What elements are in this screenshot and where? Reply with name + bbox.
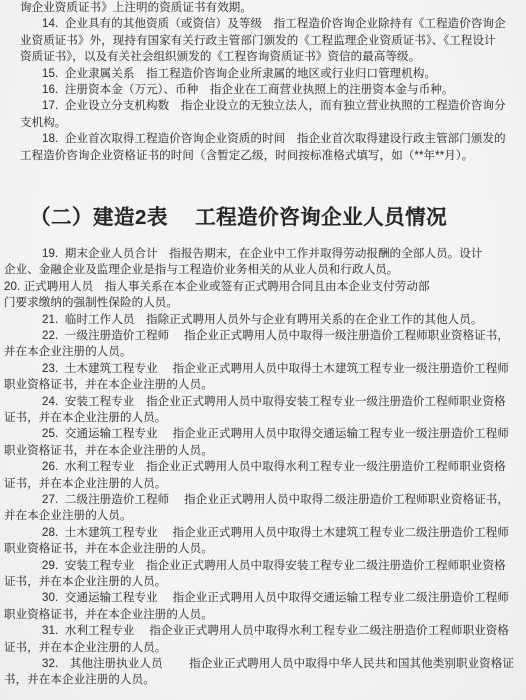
text-line: 19. 期末企业人员合计 指报告期末，在企业中工作并取得劳动报酬的全部人员。设计 (42, 248, 482, 261)
text-line: 并在本企业注册的人员。 (4, 510, 132, 523)
text-line: 证书，并在本企业注册的人员。 (4, 576, 166, 589)
text-line: 证书，并在本企业注册的人员。 (4, 412, 166, 425)
text-line: 30. 交通运输工程专业 指企业正式聘用人员中取得交通运输工程专业二级注册造价工… (42, 592, 509, 605)
text-line: 25. 交通运输工程专业 指企业正式聘用人员中取得交通运输工程专业一级注册造价工… (42, 428, 509, 441)
document-page: 询企业资质证书》上注明的资质证书有效期。14. 企业具有的其他资质（或资信）及等… (0, 0, 526, 700)
text-line: 职业资格证书，并在本企业注册的人员。 (4, 379, 213, 392)
text-line: 职业资格证书，并在本企业注册的人员。 (4, 543, 213, 556)
text-line: 29. 安装工程专业 指企业正式聘用人员中取得安装工程专业二级注册造价工程师职业… (42, 560, 506, 573)
text-line: 22. 一级注册造价工程师 指企业正式聘用人员中取得一级注册造价工程师职业资格证… (42, 330, 509, 343)
text-line: 27. 二级注册造价工程师 指企业正式聘用人员中取得二级注册造价工程师职业资格证… (42, 494, 509, 507)
text-line: 书，并在本企业注册的人员。 (4, 674, 155, 687)
text-line: 31. 水利工程专业 指企业正式聘用人员中取得水利工程专业二级注册造价工程师职业… (42, 625, 509, 638)
text-line: 28. 土木建筑工程专业 指企业正式聘用人员中取得土木建筑工程专业二级注册造价工… (42, 527, 509, 540)
text-line: 并在本企业注册的人员。 (4, 346, 132, 359)
text-line: 职业资格证书，并在本企业注册的人员。 (4, 609, 213, 622)
text-line: 26. 水利工程专业 指企业正式聘用人员中取得水利工程专业一级注册造价工程师职业… (42, 461, 506, 474)
text-line: 职业资格证书，并在本企业注册的人员。 (4, 445, 213, 458)
text-line: 证书，并在本企业注册的人员。 (4, 642, 166, 655)
text-line: 23. 土木建筑工程专业 指企业正式聘用人员中取得土木建筑工程专业一级注册造价工… (42, 363, 509, 376)
text-line: 20. 正式聘用人员 指人事关系在本企业或签有正式聘用合同且由本企业支付劳动部 (4, 281, 430, 294)
text-line: 21. 临时工作人员 指除正式聘用人员外与企业有聘用关系的在企业工作的其他人员。 (42, 314, 482, 327)
text-line: 证书，并在本企业注册的人员。 (4, 478, 166, 491)
text-line: 企业、金融企业及监理企业是指与工程造价业务相关的从业人员和行政人员。 (4, 264, 398, 277)
text-line: 32. 其他注册执业人员 指企业正式聘用人员中取得中华人民共和国其他类别职业资格… (42, 658, 514, 671)
section2-definitions: 19. 期末企业人员合计 指报告期末，在企业中工作并取得劳动报酬的全部人员。设计… (0, 0, 526, 700)
text-line: 24. 安装工程专业 指企业正式聘用人员中取得安装工程专业一级注册造价工程师职业… (42, 396, 506, 409)
text-line: 门要求缴纳的强制性保险的人员。 (4, 297, 178, 310)
